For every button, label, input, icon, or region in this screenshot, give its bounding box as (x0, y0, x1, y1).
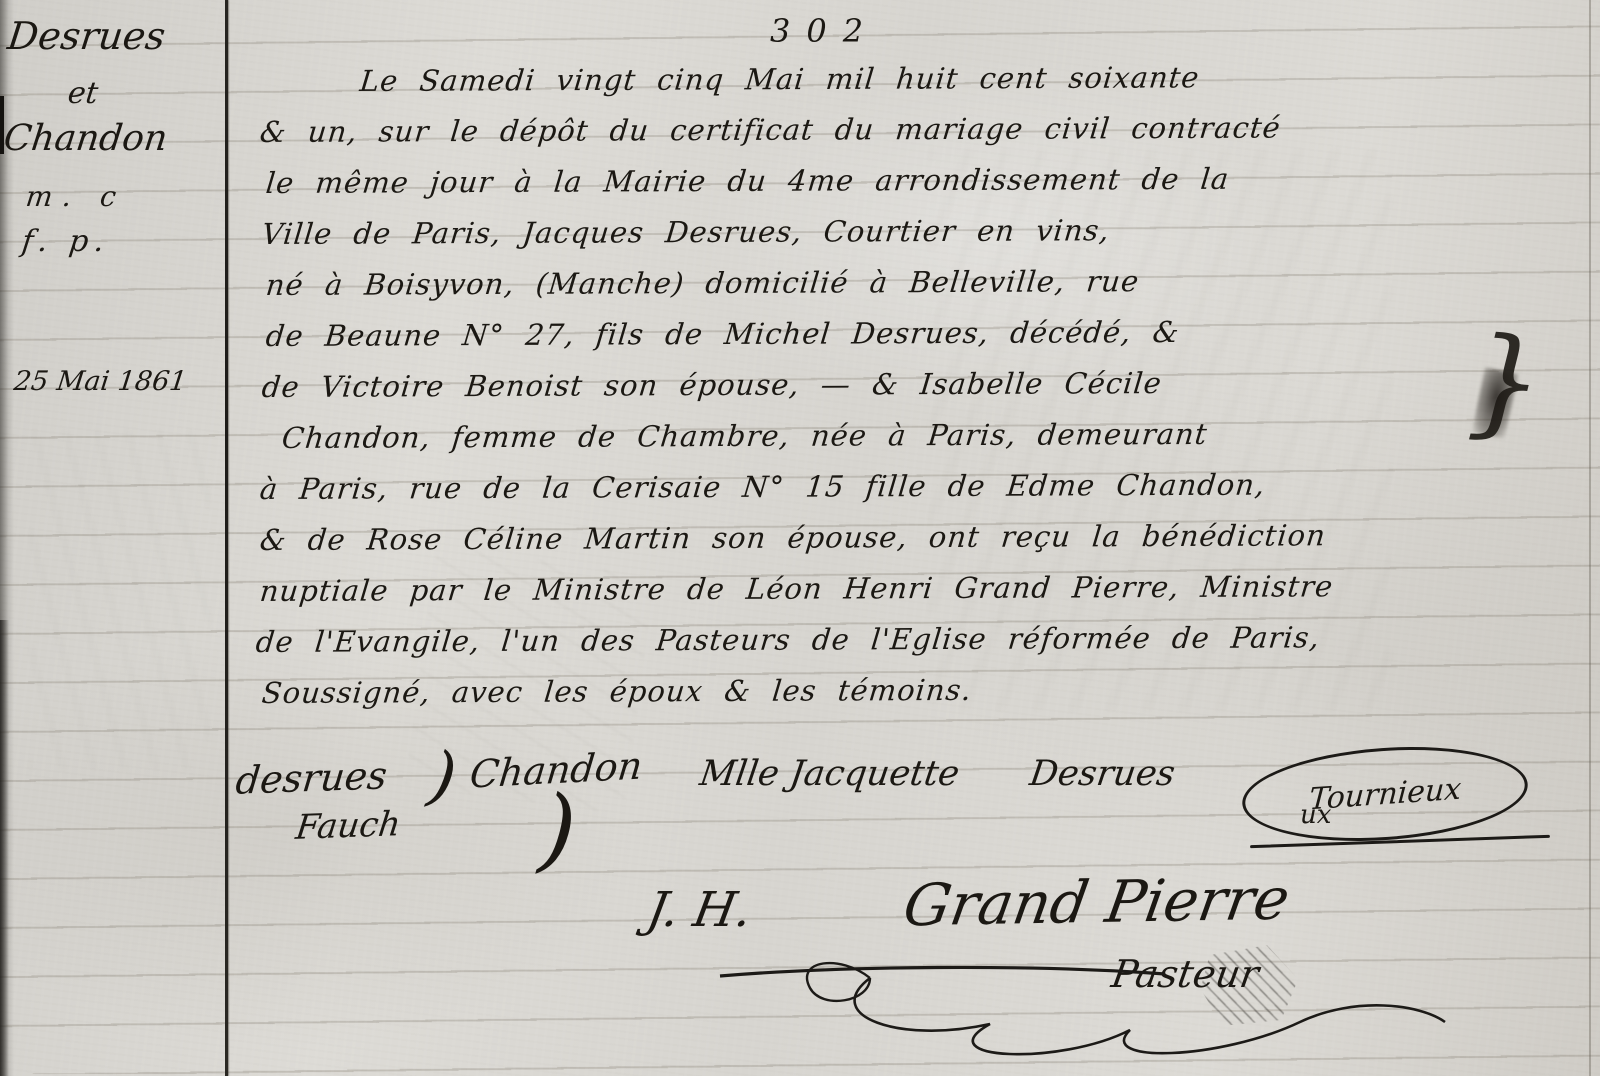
register-line: Ville de Paris, Jacques Desrues, Courtie… (260, 211, 1574, 251)
register-line: Le Samedi vingt cinq Mai mil huit cent s… (358, 59, 1574, 98)
signature-officiant-name: Grand Pierre (899, 865, 1294, 940)
bleed-through-smudge (30, 430, 210, 770)
signature-desrues: desrues (234, 753, 390, 802)
margin-date: 25 Mai 1861 (12, 366, 188, 397)
page-number: 302 (770, 12, 879, 50)
register-line: & de Rose Céline Martin son épouse, ont … (258, 517, 1574, 557)
register-line: Soussigné, avec les époux & les témoins. (260, 670, 1574, 710)
margin-shorthand-fp: f. p. (20, 224, 112, 259)
margin-name-desrues: Desrues (5, 14, 167, 58)
margin-rule-line (225, 0, 228, 1076)
register-line: à Paris, rue de la Cerisaie N° 15 fille … (258, 466, 1574, 506)
scan-gutter-shadow-dark (0, 620, 9, 1076)
register-line: le même jour à la Mairie du 4me arrondis… (264, 160, 1574, 200)
signature-officiant-initials: J. H. (643, 882, 756, 938)
register-line: né à Boisyvon, (Manche) domicilié à Bell… (264, 262, 1574, 302)
register-page: 302 Desrues et Chandon m. c f. p. 25 Mai… (0, 0, 1600, 1076)
signature-mlle-jacquette: Mlle Jacquette (697, 754, 962, 794)
margin-shorthand-mc: m. c (24, 180, 128, 213)
register-line: de l'Evangile, l'un des Pasteurs de l'Eg… (254, 619, 1574, 659)
signature-fauch: Fauch (294, 804, 403, 848)
signature-flourish-loops (700, 944, 1460, 1074)
register-line: nuptiale par le Ministre de Léon Henri G… (258, 568, 1574, 608)
register-line: & un, sur le dépôt du certificat du mari… (258, 109, 1574, 149)
pen-flourish: ) (424, 736, 461, 816)
circled-signature: Tournieux (1239, 738, 1531, 850)
signature-desrues-witness: Desrues (1027, 754, 1177, 794)
margin-name-chandon: Chandon (1, 118, 169, 159)
pen-flourish: ) (536, 775, 579, 884)
margin-conjunction-et: et (66, 76, 100, 111)
register-line: Chandon, femme de Chambre, née à Paris, … (280, 415, 1574, 455)
right-edge-rule-line (1589, 0, 1591, 1076)
register-line: de Beaune N° 27, fils de Michel Desrues,… (264, 313, 1574, 353)
register-line: de Victoire Benoist son épouse, — & Isab… (260, 364, 1574, 404)
circled-signature-flourish: ux (1300, 800, 1331, 830)
